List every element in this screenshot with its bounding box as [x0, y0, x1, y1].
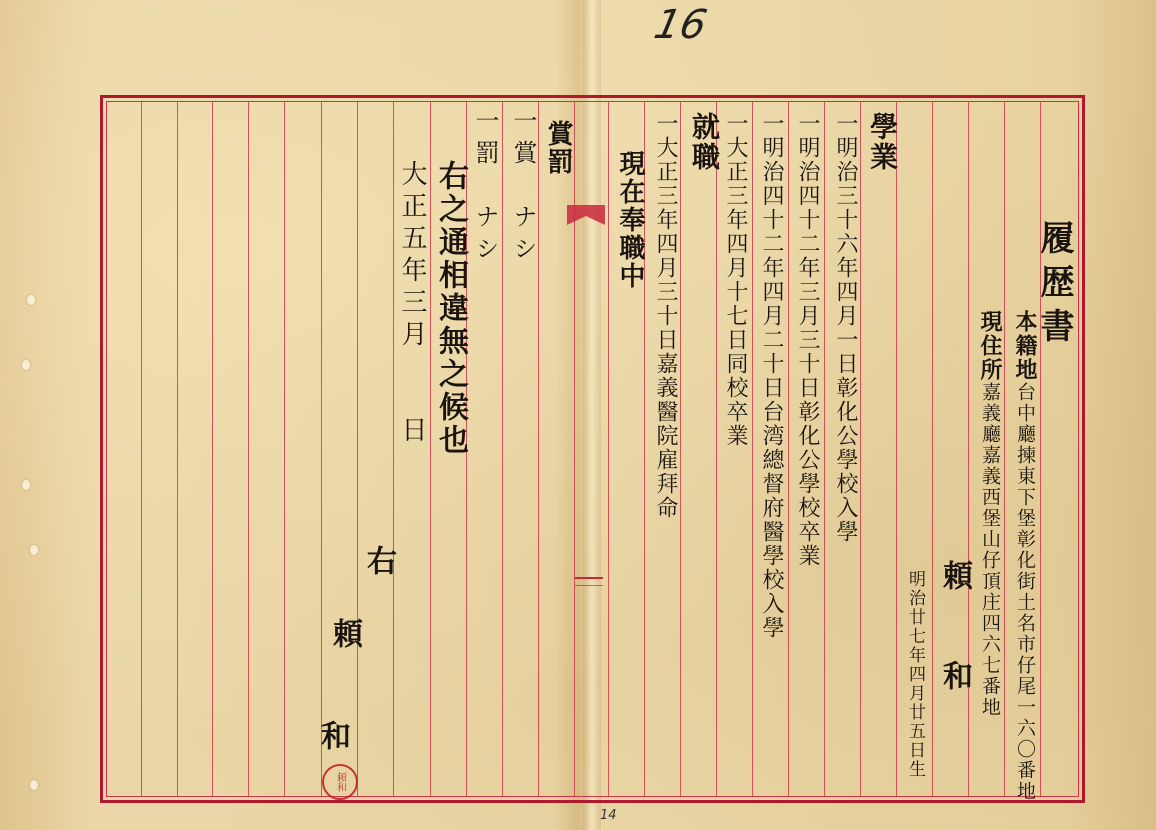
document-sheet: 16 履歴書 本籍地台中廳揀東下堡彰化街土名市仔尾一六〇番地 現住所嘉義廳嘉義西…	[0, 0, 1156, 830]
rule-line	[141, 101, 142, 797]
rule-line	[177, 101, 178, 797]
center-bar-mark	[575, 585, 603, 586]
rule-line	[321, 101, 322, 797]
declaration: 右之通相違無之候也	[428, 160, 472, 457]
signature-surname: 頼	[322, 618, 366, 650]
education-item: 一明治四十二年四月二十日台湾總督府醫學校入學	[756, 112, 787, 640]
rule-line	[212, 101, 213, 797]
rule-line	[824, 101, 825, 797]
applicant-name: 頼 和	[932, 560, 976, 710]
punishment-item: 一罰 ナシ	[468, 108, 503, 268]
rewards-item: 一賞 ナシ	[506, 108, 541, 268]
employment-heading: 就職	[684, 112, 724, 172]
residence-label: 現住所	[977, 310, 1003, 382]
rule-line	[716, 101, 717, 797]
education-item: 一明治三十六年四月一日彰化公學校入學	[830, 112, 861, 544]
residence-value: 嘉義廳嘉義西堡山仔頂庄四六七番地	[979, 382, 1001, 718]
signature-prefix: 右	[356, 545, 400, 577]
rewards-heading: 賞罰	[540, 120, 577, 176]
education-item: 一大正三年四月十七日同校卒業	[720, 112, 751, 448]
domicile-label: 本籍地	[1012, 310, 1038, 382]
document-date: 大正五年三月 日	[394, 160, 431, 448]
footer-mark: 14	[600, 808, 617, 823]
education-heading: 學業	[862, 112, 902, 172]
birth-date: 明治廿七年四月廿五日生	[903, 570, 928, 779]
rule-line	[284, 101, 285, 797]
residence-line: 現住所嘉義廳嘉義西堡山仔頂庄四六七番地	[975, 310, 1006, 718]
current-status: 現在奉職中	[612, 150, 649, 290]
paper-spot	[22, 480, 30, 490]
page-number: 16	[650, 2, 711, 48]
education-item: 一明治四十二年三月三十日彰化公學校卒業	[792, 112, 823, 568]
domicile-value: 台中廳揀東下堡彰化街土名市仔尾一六〇番地	[1014, 382, 1036, 802]
signature-given-name: 和	[310, 720, 354, 752]
paper-spot	[27, 295, 35, 305]
rule-line	[788, 101, 789, 797]
red-seal-stamp: 頼和	[322, 764, 358, 800]
rule-line	[752, 101, 753, 797]
paper-spot	[22, 360, 30, 370]
domicile-line: 本籍地台中廳揀東下堡彰化街土名市仔尾一六〇番地	[1010, 310, 1041, 802]
rule-line	[357, 101, 358, 797]
paper-spot	[30, 545, 38, 555]
center-bar-mark	[575, 577, 603, 579]
rule-line	[608, 101, 609, 797]
employment-item: 一大正三年四月三十日嘉義醫院雇拜命	[650, 112, 681, 520]
paper-spot	[30, 780, 38, 790]
rule-line	[896, 101, 897, 797]
rule-line	[248, 101, 249, 797]
